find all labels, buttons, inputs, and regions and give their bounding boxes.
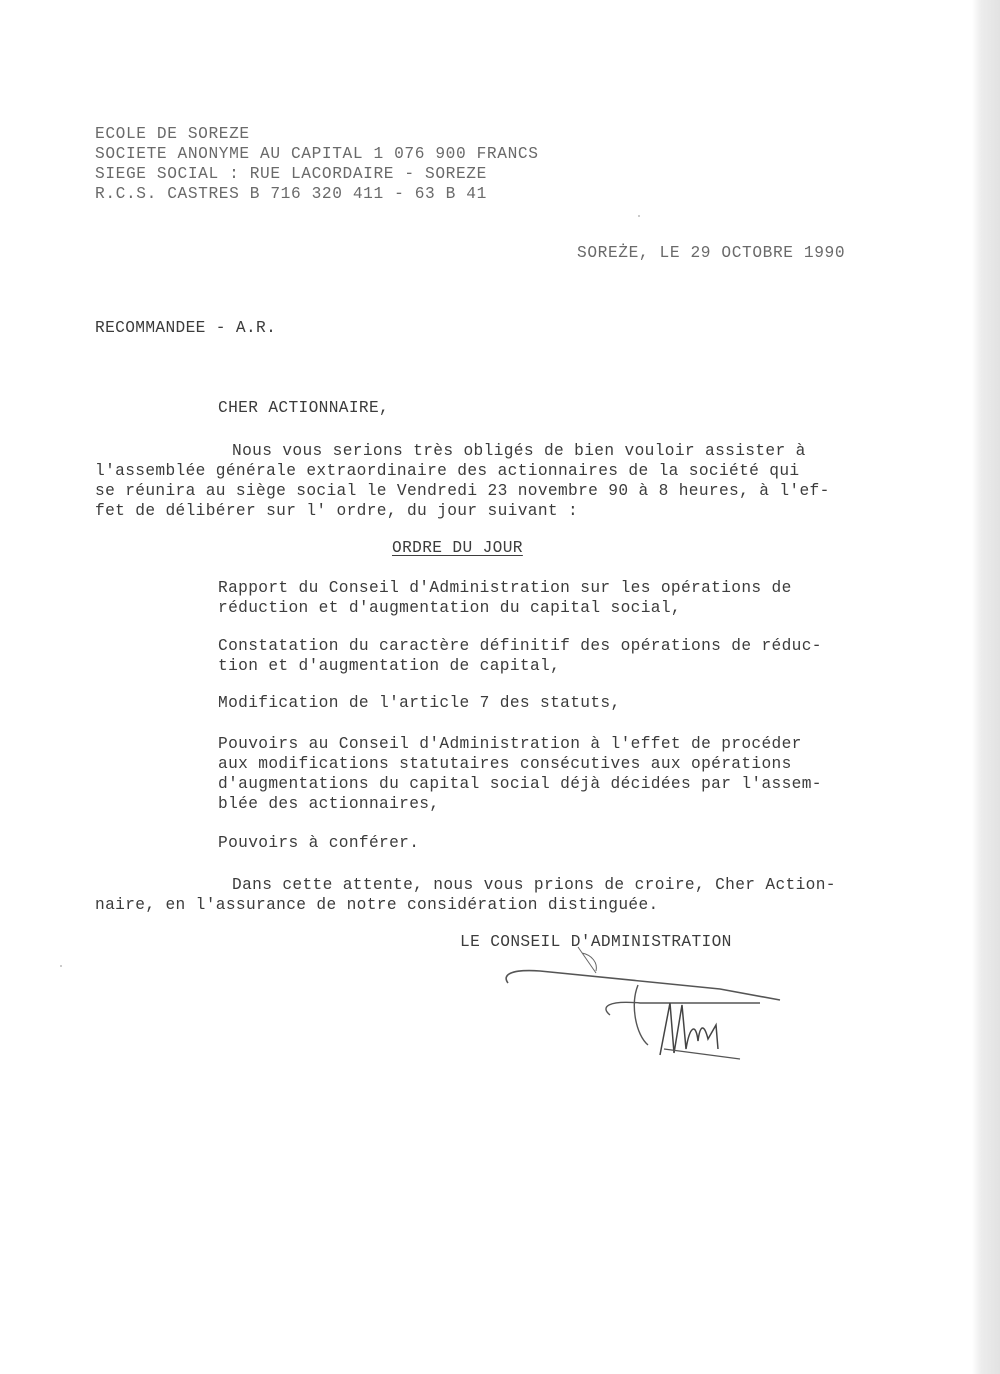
agenda-line: Modification de l'article 7 des statuts,	[218, 693, 621, 713]
agenda-line: Constatation du caractère définitif des …	[218, 636, 822, 656]
company-name: ECOLE DE SOREZE	[95, 124, 250, 144]
salutation: CHER ACTIONNAIRE,	[218, 398, 389, 418]
closing-line: Dans cette attente, nous vous prions de …	[232, 875, 836, 895]
intro-line: fet de délibérer sur l' ordre, du jour s…	[95, 501, 578, 521]
company-address: SIEGE SOCIAL : RUE LACORDAIRE - SOREZE	[95, 164, 487, 184]
delivery-mode: RECOMMANDEE - A.R.	[95, 318, 276, 338]
handwritten-signature	[500, 945, 800, 1075]
agenda-line: Pouvoirs à conférer.	[218, 833, 419, 853]
company-registration: R.C.S. CASTRES B 716 320 411 - 63 B 41	[95, 184, 487, 204]
agenda-line: blée des actionnaires,	[218, 794, 439, 814]
scan-page-edge	[972, 0, 1000, 1374]
agenda-line: réduction et d'augmentation du capital s…	[218, 598, 681, 618]
scan-speck	[60, 965, 62, 967]
agenda-line: aux modifications statutaires consécutiv…	[218, 754, 792, 774]
intro-line: se réunira au siège social le Vendredi 2…	[95, 481, 830, 501]
agenda-line: d'augmentations du capital social déjà d…	[218, 774, 822, 794]
intro-line: l'assemblée générale extraordinaire des …	[95, 461, 800, 481]
agenda-line: tion et d'augmentation de capital,	[218, 656, 560, 676]
intro-line: Nous vous serions très obligés de bien v…	[232, 441, 806, 461]
agenda-line: Rapport du Conseil d'Administration sur …	[218, 578, 792, 598]
closing-line: naire, en l'assurance de notre considéra…	[95, 895, 659, 915]
agenda-line: Pouvoirs au Conseil d'Administration à l…	[218, 734, 802, 754]
company-capital: SOCIETE ANONYME AU CAPITAL 1 076 900 FRA…	[95, 144, 539, 164]
date-line: SOREŻE, LE 29 OCTOBRE 1990	[577, 243, 845, 263]
scan-speck	[638, 215, 640, 217]
agenda-title: ORDRE DU JOUR	[392, 538, 523, 558]
